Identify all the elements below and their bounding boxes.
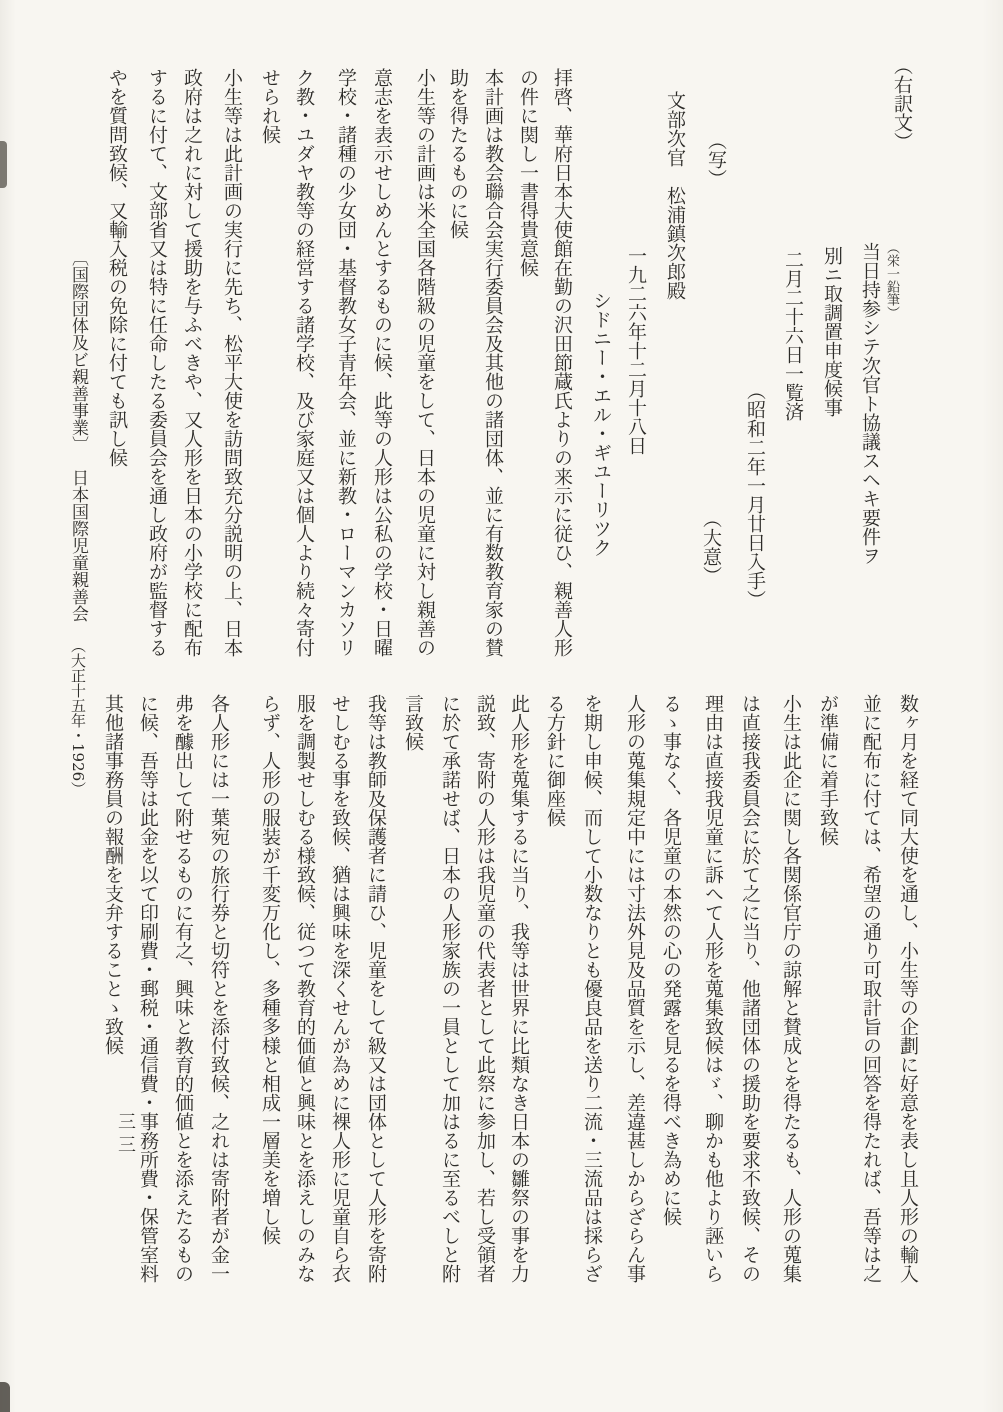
letter-line: 学校・諸種の少女団・基督教女子青年会、並に新教・ローマンカソリ	[332, 68, 359, 657]
review-date-line: 二月二十六日一覧済	[779, 250, 806, 421]
memo-line-1: 当日持参シテ次官ト協議スヘキ要件ヲ	[856, 242, 883, 565]
letter-line: に於て承諾せば、日本の人形家族の一員として加はるに至るべしと附	[436, 694, 463, 1283]
letter-line: 言致候	[399, 694, 426, 751]
memo-line-2: 別ニ取調置申度候事	[818, 246, 845, 417]
letter-line: 政府は之れに対して援助を与ふべきや、又人形を日本の小学校に配布	[178, 68, 205, 657]
letter-line: る方針に御座候	[541, 694, 568, 827]
citation-category: 〔国際団体及ビ親善事業〕	[68, 249, 88, 453]
letter-line: 人形の蒐集規定中には寸法外見及品質を示し、差違甚しからざらん事	[621, 694, 648, 1283]
letter-line: 服を調製せしむる様致候、従つて教育的価値と興味とを添えしのみな	[291, 694, 318, 1283]
letter-line: 小生は此企に関し各関係官庁の諒解と賛成とを得たるも、人形の蒐集	[777, 694, 804, 1283]
citation-line: 〔国際団体及ビ親善事業〕日本国際児童親善会（大正十五年・1926）	[64, 249, 91, 796]
citation-year: （大正十五年・1926）	[64, 638, 91, 796]
date-line: 一九二六年十二月十八日	[622, 246, 649, 455]
letter-line: 理由は直接我児童に訴へて人形を蒐集致候はゞ、聊かも他より誣いら	[699, 694, 726, 1283]
copy-note: （写）	[702, 131, 729, 188]
letter-line: 各人形には一葉宛の旅行券と切符とを添付致候、之れは寄附者が金一	[205, 694, 232, 1283]
right-translation-note: （右訳文）	[888, 56, 915, 151]
letter-line: 拝啓、華府日本大使館在勤の沢田節蔵氏よりの来示に従ひ、親善人形	[548, 68, 575, 657]
letter-line: 並に配布に付ては、希望の通り可取計旨の回答を得たれば、吾等は之	[857, 694, 884, 1283]
received-date-note: （昭和二年一月廿日入手）	[741, 381, 768, 609]
letter-line: 小生等の計画は米全国各階級の児童をして、日本の児童に対し親善の	[411, 68, 438, 657]
letter-line: せしむる事を致候、猶は興味を深くせんが為めに裸人形に児童自ら衣	[326, 694, 353, 1283]
letter-line: 小生等は此計画の実行に先ち、松平大使を訪問致充分説明の上、日本	[218, 68, 245, 657]
letter-line: の件に関し一書得貴意候	[514, 68, 541, 277]
letter-line: 数ヶ月を経て同大使を通し、小生等の企劃に好意を表し且人形の輸入	[894, 694, 921, 1283]
letter-line: 意志を表示せしめんとするものに候、此等の人形は公私の学校・日曜	[368, 68, 395, 657]
document-page: （右訳文） （栄一鉛筆） 当日持参シテ次官ト協議スヘキ要件ヲ 別ニ取調置申度候事…	[0, 0, 1003, 1412]
pencil-annotation: （栄一鉛筆）	[882, 241, 900, 319]
letter-line: やを質問致候、又輸入税の免除に付ても訊し候	[103, 68, 130, 467]
letter-line: は直接我委員会に於て之に当り、他諸団体の援助を要求不致候、その	[736, 694, 763, 1283]
letter-line: るゝ事なく、各児童の本然の心の発露を見るを得べき為めに候	[657, 694, 684, 1226]
letter-line: らず、人形の服装が千変万化し、多種多様と相成一層美を増し候	[256, 694, 283, 1245]
letter-line: を期し申候、而して小数なりとも優良品を送り二流・三流品は採らざ	[578, 694, 605, 1283]
letter-line: 助を得たるものに候	[444, 68, 471, 239]
letter-line: するに付て、文部省又は特に任命したる委員会を通し政府が監督する	[143, 68, 170, 657]
letter-line: せられ候	[256, 68, 283, 144]
addressee-line: 文部次官 松浦鎮次郎殿	[661, 91, 688, 300]
letter-line: 本計画は教会聯合会実行委員会及其他の諸団体、並に有数教育家の賛	[479, 68, 506, 657]
page-number: 三三	[112, 1112, 139, 1158]
letter-line: 此人形を蒐集するに当り、我等は世界に比類なき日本の雛祭の事を力	[505, 694, 532, 1283]
scan-edge-mark-top	[0, 141, 7, 188]
sender-line: シドニー・エル・ギユーリツク	[587, 291, 614, 557]
letter-line: 其他諸事務員の報酬を支弁することゝ致候	[99, 694, 126, 1055]
letter-line: 弗を醵出して附せるものに有之、興味と教育的価値とを添えたるもの	[169, 694, 196, 1283]
letter-line: 説致、寄附の人形は我児童の代表者として此祭に参加し、若し受領者	[471, 694, 498, 1283]
gist-note: （大意）	[697, 509, 724, 585]
scan-edge-mark-bottom	[0, 1382, 10, 1412]
citation-organization: 日本国際児童親善会	[64, 469, 91, 622]
letter-line: に候、吾等は此金を以て印刷費・郵税・通信費・事務所費・保管室料	[134, 694, 161, 1283]
letter-line: が準備に着手致候	[814, 694, 841, 846]
letter-line: 我等は教師及保護者に請ひ、児童をして級又は団体として人形を寄附	[362, 694, 389, 1283]
letter-line: ク教・ユダヤ教等の経営する諸学校、及び家庭又は個人より続々寄付	[290, 68, 317, 657]
